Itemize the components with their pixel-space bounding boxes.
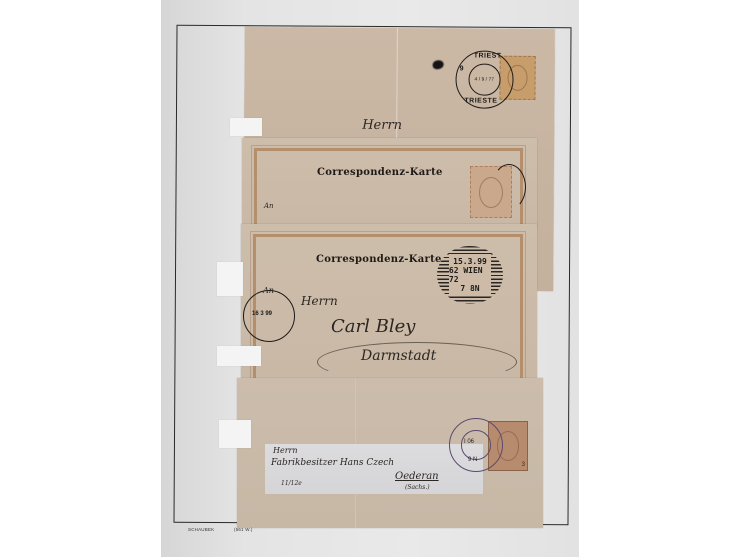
postmark-town-top: TRIEST — [474, 53, 502, 60]
postmark-date: 4 / 9 / 77 — [475, 77, 495, 83]
postal-card-2: Correspondenz-Karte An 15.3.99 62 WIEN 7… — [241, 224, 537, 382]
postmark-date: 15.3.99 — [453, 257, 487, 266]
mounting-hinge — [217, 346, 261, 366]
card-title: Correspondenz-Karte — [317, 167, 443, 178]
mounting-hinge — [217, 262, 243, 296]
handwritten-note: 11/12e — [281, 480, 302, 487]
address-line-2: Carl Bley — [331, 316, 415, 337]
arrival-postmark-darmstadt: 16 3 99 — [243, 290, 295, 342]
album-page: TRIEST TRIESTE 9 4 / 9 / 77 Herrn Corres… — [161, 0, 579, 557]
handwritten-address: Herrn — [362, 118, 402, 133]
card-title: Correspondenz-Karte — [316, 254, 442, 265]
postmark-office: 62 WIEN 72 — [449, 266, 491, 284]
postmark-date: I 06 — [464, 439, 474, 445]
postmark-partial — [492, 164, 526, 210]
postmark-time: 9 N — [468, 457, 477, 463]
postmark-town-bottom: TRIESTE — [464, 97, 497, 104]
address-line-3: Oederan — [395, 471, 439, 482]
postmark-time: 7 8N — [460, 284, 479, 293]
address-line-2: Fabrikbesitzer Hans Czech — [271, 458, 394, 468]
address-line-1: Herrn — [273, 446, 298, 455]
address-line-1: Herrn — [301, 294, 338, 308]
address-flourish — [317, 342, 517, 382]
stamp-value: 3 — [522, 462, 525, 468]
address-prefix: An — [264, 202, 274, 210]
arrival-postmark-date: 16 3 99 — [252, 311, 272, 317]
album-page-number: (561 W.) — [234, 527, 253, 532]
album-brand: SCHAUBEK — [188, 527, 214, 532]
postmark-trieste: TRIEST TRIESTE 9 4 / 9 / 77 — [455, 50, 513, 108]
ink-blot — [433, 60, 444, 69]
postmark-wien: 15.3.99 62 WIEN 72 7 8N — [437, 246, 503, 304]
newspaper-wrapper: Herrn Fabrikbesitzer Hans Czech Oederan … — [237, 378, 543, 528]
address-line-4: (Sachs.) — [405, 484, 430, 491]
postal-card-1: Correspondenz-Karte An — [242, 138, 537, 228]
postmark-text-block: 15.3.99 62 WIEN 72 7 8N — [449, 254, 491, 296]
postmark-wrapper: I 06 9 N — [449, 418, 503, 472]
mounting-hinge — [219, 420, 251, 448]
postmark-number: 9 — [460, 65, 464, 72]
mounting-hinge — [230, 118, 262, 136]
